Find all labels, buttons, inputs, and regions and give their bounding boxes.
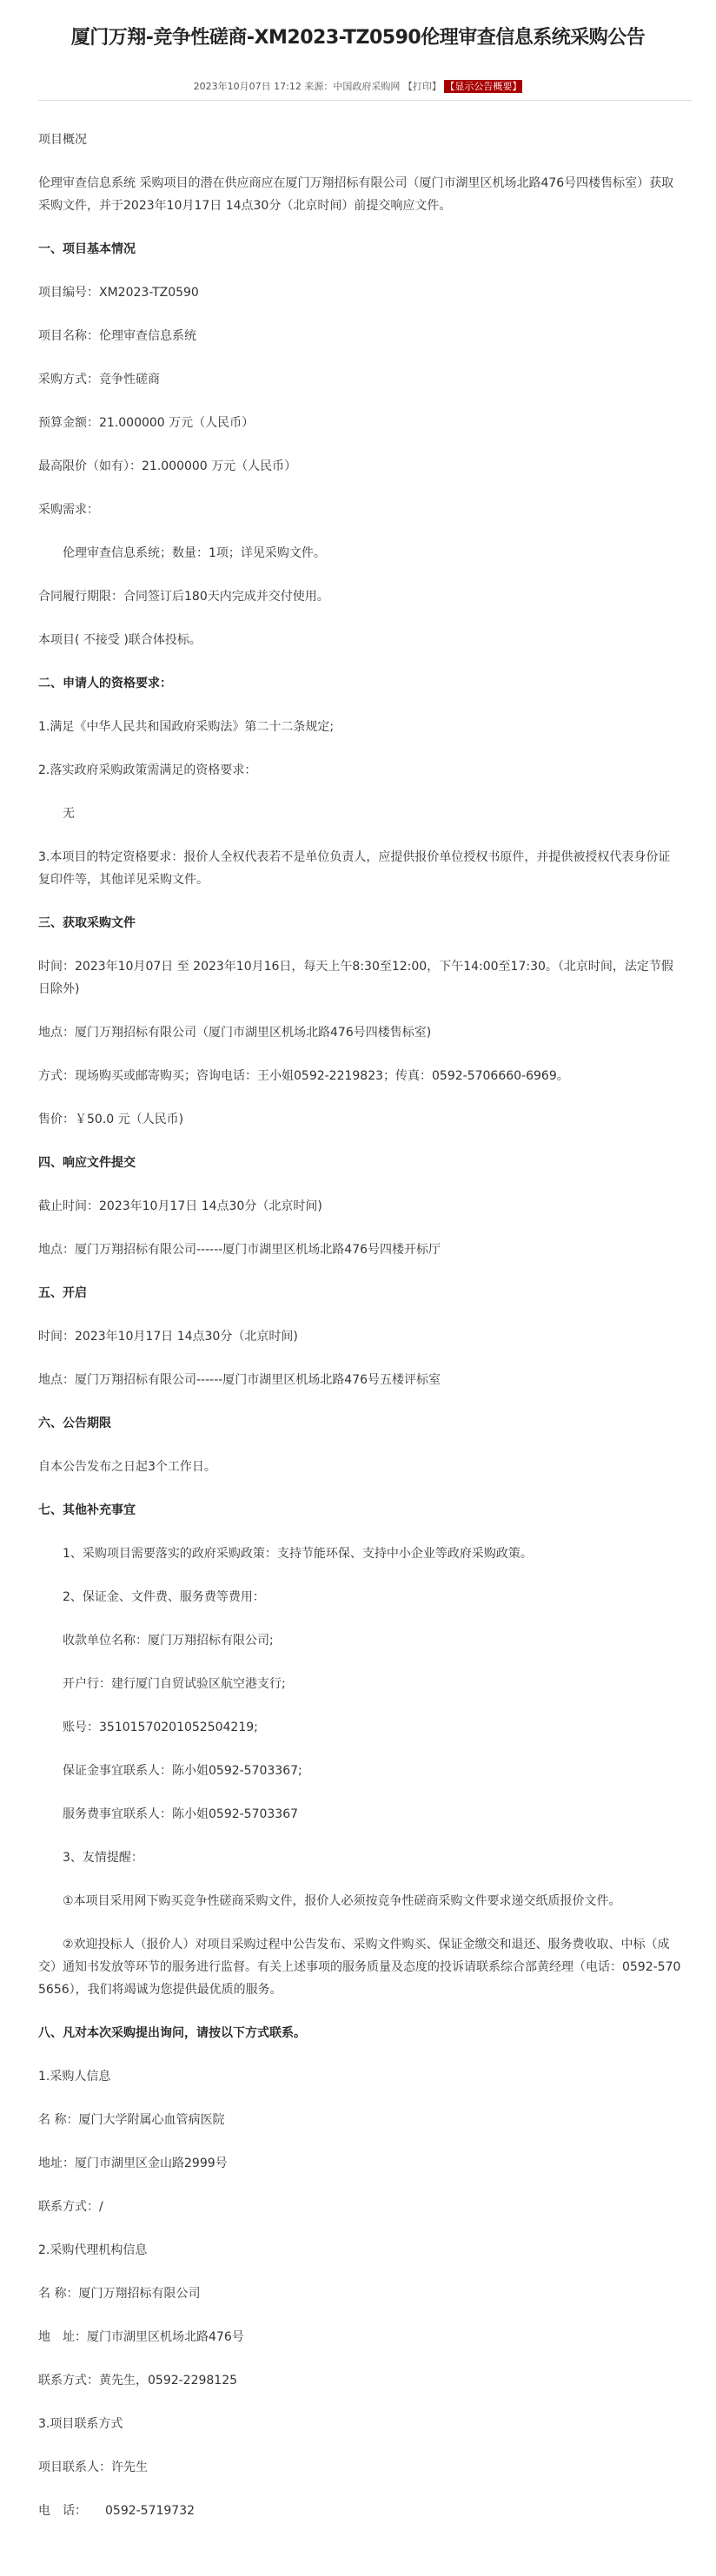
section-heading-4: 四、响应文件提交 (38, 1152, 681, 1174)
submission-deadline: 截止时间：2023年10月17日 14点30分（北京时间) (38, 1195, 681, 1218)
contract-term: 合同履行期限：合同签订后180天内完成并交付使用。 (38, 585, 681, 608)
requirement-label: 采购需求： (38, 499, 681, 521)
print-link[interactable]: 【打印】 (403, 81, 441, 92)
header-divider (38, 100, 693, 101)
purchaser-contact: 联系方式：/ (38, 2196, 681, 2218)
qualification-item-3: 3.本项目的特定资格要求：报价人全权代表若不是单位负责人，应提供报价单位授权书原… (38, 846, 681, 891)
source-label: 来源：中国政府采购网 (304, 81, 400, 92)
intro-paragraph: 伦理审查信息系统 采购项目的潜在供应商应在厦门万翔招标有限公司（厦门市湖里区机场… (38, 172, 681, 217)
supplement-item-2: 2、保证金、文件费、服务费等费用： (38, 1586, 681, 1608)
section-heading-8: 八、凡对本次采购提出询问，请按以下方式联系。 (38, 2022, 681, 2044)
consortium-note: 本项目( 不接受 )联合体投标。 (38, 629, 681, 651)
opening-time: 时间：2023年10月17日 14点30分（北京时间) (38, 1325, 681, 1348)
budget-amount: 预算金额：21.000000 万元（人民币） (38, 412, 681, 434)
qualification-item-2-value: 无 (38, 803, 681, 825)
purchaser-address: 地址：厦门市湖里区金山路2999号 (38, 2152, 681, 2175)
section-heading-2: 二、申请人的资格要求： (38, 672, 681, 695)
project-contact-person: 项目联系人：许先生 (38, 2456, 681, 2479)
announcement-body: 项目概况 伦理审查信息系统 采购项目的潜在供应商应在厦门万翔招标有限公司（厦门市… (38, 129, 681, 2543)
project-name: 项目名称：伦理审查信息系统 (38, 325, 681, 347)
procurement-method: 采购方式：竞争性磋商 (38, 368, 681, 391)
meta-line: 2023年10月07日 17:12 来源：中国政府采购网 【打印】 【显示公告概… (0, 80, 716, 94)
purchaser-name: 名 称：厦门大学附属心血管病医院 (38, 2109, 681, 2131)
agency-contact: 联系方式：黄先生，0592-2298125 (38, 2369, 681, 2392)
project-number: 项目编号：XM2023-TZ0590 (38, 281, 681, 304)
submission-place: 地点：厦门万翔招标有限公司------厦门市湖里区机场北路476号四楼开标厅 (38, 1238, 681, 1261)
page-title: 厦门万翔-竞争性磋商-XM2023-TZ0590伦理审查信息系统采购公告 (0, 25, 716, 51)
agency-address: 地 址：厦门市湖里区机场北路476号 (38, 2326, 681, 2348)
notice-period: 自本公告发布之日起3个工作日。 (38, 1456, 681, 1478)
max-price: 最高限价（如有）：21.000000 万元（人民币） (38, 455, 681, 478)
obtain-place: 地点：厦门万翔招标有限公司（厦门市湖里区机场北路476号四楼售标室) (38, 1021, 681, 1044)
publish-date: 2023年10月07日 17:12 (194, 81, 302, 92)
obtain-method: 方式：现场购买或邮寄购买；咨询电话：王小姐0592-2219823；传真：059… (38, 1065, 681, 1087)
section-heading-3: 三、获取采购文件 (38, 912, 681, 935)
section-heading-5: 五、开启 (38, 1282, 681, 1305)
requirement-detail: 伦理审查信息系统；数量：1项；详见采购文件。 (38, 542, 681, 565)
show-summary-button[interactable]: 【显示公告概要】 (444, 80, 522, 93)
overview-label: 项目概况 (38, 129, 681, 151)
supplement-item-3: 3、友情提醒： (38, 1846, 681, 1869)
account-number: 账号：35101570201052504219; (38, 1716, 681, 1739)
opening-place: 地点：厦门万翔招标有限公司------厦门市湖里区机场北路476号五楼评标室 (38, 1369, 681, 1391)
obtain-time: 时间：2023年10月07日 至 2023年10月16日，每天上午8:30至12… (38, 955, 681, 1001)
section-heading-6: 六、公告期限 (38, 1412, 681, 1435)
payee-name: 收款单位名称：厦门万翔招标有限公司; (38, 1629, 681, 1652)
deposit-contact: 保证金事宜联系人：陈小姐0592-5703367; (38, 1760, 681, 1782)
purchaser-info-label: 1.采购人信息 (38, 2065, 681, 2088)
reminder-note-2: ②欢迎投标人（报价人）对项目采购过程中公告发布、采购文件购买、保证金缴交和退还、… (38, 1933, 681, 2001)
qualification-item-2: 2.落实政府采购政策需满足的资格要求： (38, 759, 681, 782)
document-price: 售价：￥50.0 元（人民币) (38, 1108, 681, 1131)
reminder-note-1: ①本项目采用网下购买竞争性磋商采购文件，报价人必须按竞争性磋商采购文件要求递交纸… (38, 1890, 681, 1912)
service-fee-contact: 服务费事宜联系人：陈小姐0592-5703367 (38, 1803, 681, 1826)
bank-name: 开户行：建行厦门自贸试验区航空港支行; (38, 1673, 681, 1695)
project-contact-phone: 电 话： 0592-5719732 (38, 2500, 681, 2522)
project-contact-label: 3.项目联系方式 (38, 2413, 681, 2435)
section-heading-1: 一、项目基本情况 (38, 238, 681, 261)
section-heading-7: 七、其他补充事宜 (38, 1499, 681, 1522)
supplement-item-1: 1、采购项目需要落实的政府采购政策：支持节能环保、支持中小企业等政府采购政策。 (38, 1542, 681, 1565)
agency-name: 名 称：厦门万翔招标有限公司 (38, 2282, 681, 2305)
qualification-item-1: 1.满足《中华人民共和国政府采购法》第二十二条规定; (38, 716, 681, 738)
agency-info-label: 2.采购代理机构信息 (38, 2239, 681, 2262)
